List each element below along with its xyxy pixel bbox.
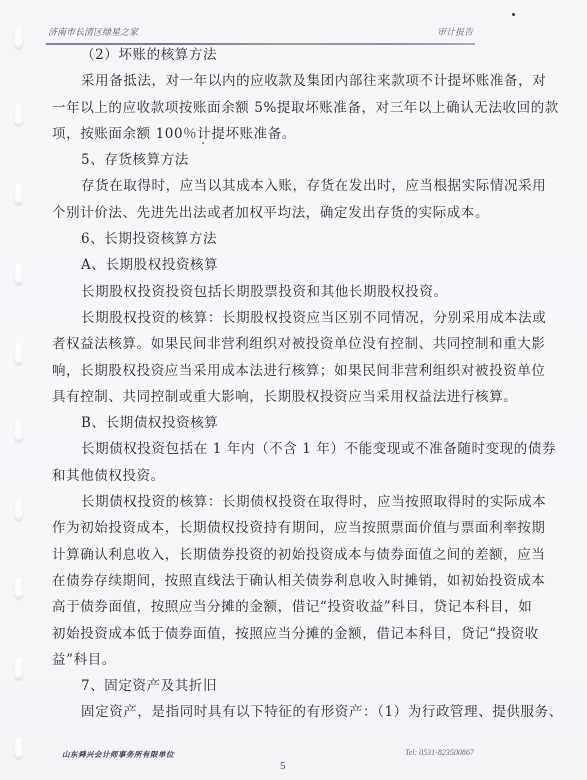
text-line: 一年以上的应收款项按账面余额 5%提取坏账准备，对三年以上确认无法收回的款	[52, 95, 532, 121]
text-line: 项，按账面余额 100％计提坏账准备。	[52, 121, 532, 147]
text-line: 者权益法核算。如果民间非营利组织对被投资单位没有控制、共同控制和重大影	[52, 331, 532, 357]
document-body: （2）坏账的核算方法采用备抵法，对一年以内的应收款及集团内部往来款项不计提坏账准…	[52, 42, 532, 726]
text-line: 初始投资成本低于债券面值，按照应当分摊的金额，借记本科目，贷记“投资收	[52, 621, 532, 647]
text-line: 高于债券面值，按照应当分摊的金额，借记“投资收益”科目，贷记本科目，如	[52, 594, 532, 620]
header-report-type: 审计报告	[437, 25, 473, 38]
text-line: 6、长期投资核算方法	[52, 226, 532, 252]
punch-hole	[14, 658, 23, 680]
text-line: 响，长期股权投资应当采用成本法进行核算；如果民间非营利组织对被投资单位	[52, 358, 532, 384]
text-line: 作为初始投资成本，长期债权投资持有期间，应当按照票面价值与票面利率按期	[52, 515, 532, 541]
punch-hole	[14, 577, 23, 599]
text-line: 和其他债权投资。	[52, 463, 532, 489]
text-line: 长期债权投资的核算：长期债权投资在取得时，应当按照取得时的实际成本	[52, 489, 532, 515]
text-line: 采用备抵法，对一年以内的应收款及集团内部往来款项不计提坏账准备，对	[52, 68, 532, 94]
page-number: 5	[280, 760, 286, 772]
punch-hole	[14, 263, 23, 285]
punch-hole	[14, 499, 23, 521]
punch-hole	[14, 420, 23, 442]
punch-hole	[14, 27, 23, 49]
punch-hole	[14, 183, 23, 205]
text-line: 计算确认利息收入，长期债券投资的初始投资成本与债券面值之间的差额，应当	[52, 542, 532, 568]
header-organization: 济南市长清区绿星之家	[48, 25, 138, 38]
text-line: 在债券存续期间，按照直线法于确认相关债券利息收入时摊销，如初始投资成本	[52, 568, 532, 594]
text-line: 固定资产，是指同时具有以下特征的有形资产：（1）为行政管理、提供服务、	[52, 699, 532, 725]
text-line: A、长期股权投资核算	[52, 252, 532, 278]
text-line: 个别计价法、先进先出法或者加权平均法，确定发出存货的实际成本。	[52, 200, 532, 226]
text-line: B、长期债权投资核算	[52, 410, 532, 436]
text-line: 益”科目。	[52, 647, 532, 673]
text-line: （2）坏账的核算方法	[52, 42, 532, 68]
text-line: 具有控制、共同控制或重大影响，长期股权投资应当采用权益法进行核算。	[52, 384, 532, 410]
scan-speck	[512, 13, 515, 16]
footer-firm-name: 山东舜兴会计师事务所有限单位	[62, 749, 174, 760]
text-line: 长期债权投资包括在 1 年内（不含 1 年）不能变现或不准备随时变现的债券	[52, 436, 532, 462]
document-page: 济南市长清区绿星之家 审计报告 （2）坏账的核算方法采用备抵法，对一年以内的应收…	[0, 0, 587, 780]
text-line: 5、存货核算方法	[52, 147, 532, 173]
footer-phone: Tel: 0531-823500867	[405, 748, 474, 757]
page-header: 济南市长清区绿星之家 审计报告	[48, 20, 473, 44]
text-line: 7、固定资产及其折旧	[52, 673, 532, 699]
punch-hole	[14, 104, 23, 126]
punch-hole	[14, 737, 23, 759]
text-line: 长期股权投资的核算：长期股权投资应当区别不同情况，分别采用成本法或	[52, 305, 532, 331]
punch-hole	[14, 343, 23, 365]
text-line: 存货在取得时，应当以其成本入账，存货在发出时，应当根据实际情况采用	[52, 173, 532, 199]
text-line: 长期股权投资投资包括长期股票投资和其他长期股权投资。	[52, 279, 532, 305]
